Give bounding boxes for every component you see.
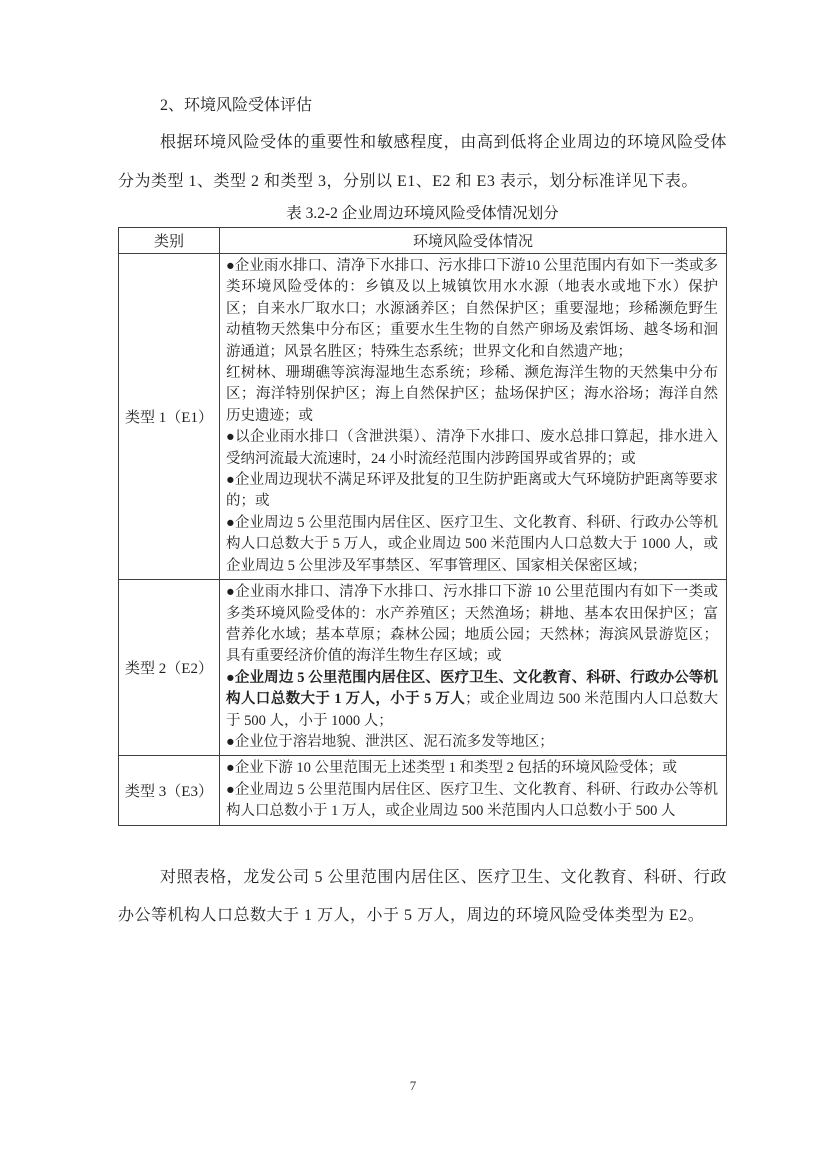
bullet-item: ●企业周边 5 公里范围内居住区、医疗卫生、文化教育、科研、行政办公等机构人口总… bbox=[226, 668, 718, 732]
bullet-item: ●企业雨水排口、清净下水排口、污水排口下游 10 公里范围内有如下一类或多类环境… bbox=[226, 582, 718, 668]
table-header-row: 类别 环境风险受体情况 bbox=[119, 228, 727, 254]
category-cell: 类型 3（E3） bbox=[119, 756, 220, 825]
category-cell: 类型 1（E1） bbox=[119, 254, 220, 580]
bullet-item: ●企业周边 5 公里范围内居住区、医疗卫生、文化教育、科研、行政办公等机构人口总… bbox=[226, 780, 718, 823]
bullet-item: ●企业周边现状不满足环评及批复的卫生防护距离或大气环境防护距离等要求的；或 bbox=[226, 470, 718, 513]
section-heading: 2、环境风险受体评估 bbox=[160, 88, 727, 124]
header-category: 类别 bbox=[119, 228, 220, 254]
table-row: 类型 1（E1）●企业雨水排口、清净下水排口、污水排口下游10 公里范围内有如下… bbox=[119, 254, 727, 580]
category-cell: 类型 2（E2） bbox=[119, 580, 220, 756]
text-segment: ●企业位于溶岩地貌、泄洪区、泥石流多发等地区； bbox=[226, 734, 554, 750]
risk-receptor-table: 类别 环境风险受体情况 类型 1（E1）●企业雨水排口、清净下水排口、污水排口下… bbox=[118, 227, 727, 826]
receptor-situation-cell: ●企业雨水排口、清净下水排口、污水排口下游10 公里范围内有如下一类或多类环境风… bbox=[220, 254, 727, 580]
bullet-item: ●以企业雨水排口（含泄洪渠）、清净下水排口、废水总排口算起，排水进入受纳河流最大… bbox=[226, 427, 718, 470]
text-segment: ●企业雨水排口、清净下水排口、污水排口下游 10 公里范围内有如下一类或多类环境… bbox=[226, 584, 718, 664]
text-segment: ●企业雨水排口、清净下水排口、污水排口下游10 公里范围内有如下一类或多类环境风… bbox=[226, 258, 718, 424]
header-receptor-situation: 环境风险受体情况 bbox=[220, 228, 727, 254]
table-row: 类型 2（E2）●企业雨水排口、清净下水排口、污水排口下游 10 公里范围内有如… bbox=[119, 580, 727, 756]
text-segment: ●以企业雨水排口（含泄洪渠）、清净下水排口、废水总排口算起，排水进入受纳河流最大… bbox=[226, 429, 718, 466]
text-segment: ●企业周边 5 公里范围内居住区、医疗卫生、文化教育、科研、行政办公等机构人口总… bbox=[226, 515, 718, 574]
bullet-item: ●企业下游 10 公里范围无上述类型 1 和类型 2 包括的环境风险受体；或 bbox=[226, 758, 718, 779]
bullet-item: ●企业雨水排口、清净下水排口、污水排口下游10 公里范围内有如下一类或多类环境风… bbox=[226, 256, 718, 427]
text-segment: ●企业周边 5 公里范围内居住区、医疗卫生、文化教育、科研、行政办公等机构人口总… bbox=[226, 782, 718, 819]
receptor-situation-cell: ●企业雨水排口、清净下水排口、污水排口下游 10 公里范围内有如下一类或多类环境… bbox=[220, 580, 727, 756]
page-number: 7 bbox=[0, 1078, 826, 1094]
intro-paragraph: 根据环境风险受体的重要性和敏感程度，由高到低将企业周边的环境风险受体分为类型 1… bbox=[118, 124, 727, 201]
closing-paragraph: 对照表格，龙发公司 5 公里范围内居住区、医疗卫生、文化教育、科研、行政办公等机… bbox=[118, 859, 727, 936]
bullet-item: ●企业周边 5 公里范围内居住区、医疗卫生、文化教育、科研、行政办公等机构人口总… bbox=[226, 513, 718, 577]
table-row: 类型 3（E3）●企业下游 10 公里范围无上述类型 1 和类型 2 包括的环境… bbox=[119, 756, 727, 825]
text-segment: ●企业下游 10 公里范围无上述类型 1 和类型 2 包括的环境风险受体；或 bbox=[226, 760, 677, 776]
bullet-item: ●企业位于溶岩地貌、泄洪区、泥石流多发等地区； bbox=[226, 732, 718, 753]
table-caption: 表 3.2-2 企业周边环境风险受体情况划分 bbox=[118, 201, 727, 227]
text-segment: ●企业周边现状不满足环评及批复的卫生防护距离或大气环境防护距离等要求的；或 bbox=[226, 472, 718, 509]
page-content: 2、环境风险受体评估 根据环境风险受体的重要性和敏感程度，由高到低将企业周边的环… bbox=[118, 88, 727, 936]
document-page: 2、环境风险受体评估 根据环境风险受体的重要性和敏感程度，由高到低将企业周边的环… bbox=[0, 0, 826, 1169]
receptor-situation-cell: ●企业下游 10 公里范围无上述类型 1 和类型 2 包括的环境风险受体；或●企… bbox=[220, 756, 727, 825]
